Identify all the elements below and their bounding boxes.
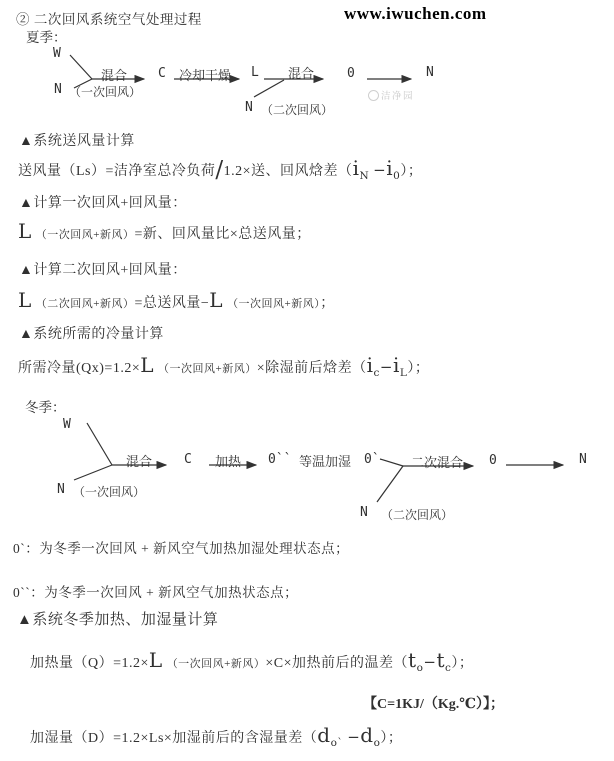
formula-text: ）； [407, 361, 429, 376]
subscript-note: （一次回风+新风） [227, 298, 320, 310]
formula-humidification: 加湿量（D）=1.2×Ls×加湿前后的含湿量差（do` −do）； [30, 725, 402, 749]
isothermal-humidify-label: 等温加湿 [299, 451, 351, 470]
node-o-prime: 0` [364, 452, 380, 467]
node-n-secondary: N [360, 505, 368, 520]
formula-text: ； [320, 296, 335, 311]
minus-sign: − [347, 728, 360, 746]
watermark-logo-icon [368, 90, 379, 101]
node-w: W [53, 46, 61, 61]
website-url: www.iwuchen.com [344, 4, 487, 24]
subscript-note: （二次回风+新风） [36, 298, 135, 310]
node-c: C [184, 452, 192, 467]
formula-text: =新、回风量比×总送风量； [134, 227, 310, 242]
document-page: ② 二次回风系统空气处理过程 www.iwuchen.com 夏季： W N （… [0, 0, 614, 761]
node-n-primary: N [54, 82, 62, 97]
minus-sign: − [373, 161, 386, 179]
mixing-label: 混合 [126, 451, 152, 470]
formula-cooling-load: 所需冷量(Qx)=1.2×L （一次回风+新风）×除湿前后焓差（ic−iL）； [18, 355, 429, 379]
mixing-label-1: 混合 [101, 65, 127, 84]
formula-text: 所需冷量(Qx)=1.2× [18, 361, 140, 376]
formula-text: 1.2×送、回风焓差（ [224, 164, 353, 179]
summer-flow-diagram: W N （一次回风） 混合 C 冷却干燥 L 混合 N （二次回风） 0 N 洁… [0, 42, 614, 124]
note-o-double-prime: 0``：为冬季一次回风 + 新风空气加热状态点； [13, 581, 298, 601]
enthalpy-var: i [393, 353, 400, 377]
primary-return-note: （一次回风） [73, 483, 145, 500]
formula-text: ）； [400, 164, 422, 179]
airflow-var: L [18, 288, 32, 312]
subscript-note: （一次回风+新风） [158, 363, 257, 375]
formula-text: ×C×加热前后的温差（ [265, 656, 408, 671]
heading-primary-return: ▲计算一次回风+回风量： [19, 192, 187, 212]
formula-primary-return: L （一次回风+新风）=新、回风量比×总送风量； [18, 221, 311, 243]
watermark-text: 洁净园 [381, 88, 414, 102]
formula-supply-air: 送风量（Ls）=洁净室总冷负荷/1.2×送、回风焓差（iN −i0）； [18, 158, 422, 182]
heading-winter-heating: ▲系统冬季加热、加湿量计算 [17, 608, 218, 629]
secondary-return-note: （二次回风） [261, 101, 333, 118]
node-c: C [158, 66, 166, 81]
heading-cooling-load: ▲系统所需的冷量计算 [19, 323, 164, 343]
node-n-secondary: N [245, 100, 253, 115]
node-n-final: N [579, 452, 587, 467]
airflow-var: L [209, 288, 223, 312]
node-w: W [63, 417, 71, 432]
airflow-var: L [18, 219, 32, 243]
note-text: ：为冬季一次回风 + 新风空气加热加湿处理状态点； [25, 541, 349, 556]
subscript-note: （一次回风+新风） [167, 658, 266, 670]
node-l: L [251, 65, 259, 80]
moisture-var: d [317, 723, 330, 747]
temperature-var: t [436, 648, 445, 672]
winter-flow-diagram: W N （一次回风） 混合 C 加热 0`` 等温加湿 0` 二次混合 N （二… [0, 408, 614, 522]
enthalpy-var: i [367, 353, 374, 377]
minus-sign: − [380, 358, 393, 376]
mixing-label-2: 混合 [288, 63, 314, 82]
formula-text: 加湿量（D）=1.2×Ls×加湿前后的含湿量差（ [30, 731, 317, 746]
c-constant-note: 【C=1KJ/（Kg.℃）】； [363, 693, 504, 713]
cooling-drying-label: 冷却干燥 [179, 65, 231, 84]
watermark: 洁净园 [368, 88, 414, 102]
secondary-return-note: （二次回风） [381, 506, 453, 523]
node-o-double-prime: 0`` [268, 452, 291, 467]
formula-text: ）； [451, 656, 473, 671]
airflow-var: L [140, 353, 154, 377]
primary-return-note: （一次回风） [69, 83, 141, 100]
node-n-primary: N [57, 482, 65, 497]
page-title: ② 二次回风系统空气处理过程 [16, 8, 202, 28]
subscript: N [359, 170, 369, 182]
formula-text: 送风量（Ls）=洁净室总冷负荷 [18, 164, 215, 179]
formula-text: =总送风量− [134, 296, 209, 311]
subscript: o` [331, 737, 344, 749]
note-o-prime: 0`：为冬季一次回风 + 新风空气加热加湿处理状态点； [13, 537, 349, 557]
minus-sign: − [423, 653, 436, 671]
secondary-mixing-label: 二次混合 [411, 452, 463, 471]
formula-text: ×除湿前后焓差（ [257, 361, 367, 376]
moisture-var: d [360, 723, 373, 747]
node-o: 0 [347, 66, 355, 81]
formula-heating: 加热量（Q）=1.2×L （一次回风+新风）×C×加热前后的温差（to−tc）； [30, 650, 473, 674]
divide-slash: / [215, 157, 223, 183]
state-point-var: 0` [13, 541, 25, 556]
note-text: ：为冬季一次回风 + 新风空气加热状态点； [30, 585, 298, 600]
formula-secondary-return: L （二次回风+新风）=总送风量−L （一次回风+新风）； [18, 290, 335, 312]
temperature-var: t [408, 648, 417, 672]
formula-text: ）； [380, 731, 402, 746]
heating-label: 加热 [215, 451, 241, 470]
airflow-var: L [149, 648, 163, 672]
node-n-final: N [426, 65, 434, 80]
state-point-var: 0`` [13, 585, 30, 600]
heading-supply-air: ▲系统送风量计算 [19, 130, 135, 150]
heading-secondary-return: ▲计算二次回风+回风量： [19, 259, 187, 279]
node-o: 0 [489, 453, 497, 468]
subscript-note: （一次回风+新风） [36, 229, 135, 241]
formula-text: 加热量（Q）=1.2× [30, 656, 149, 671]
